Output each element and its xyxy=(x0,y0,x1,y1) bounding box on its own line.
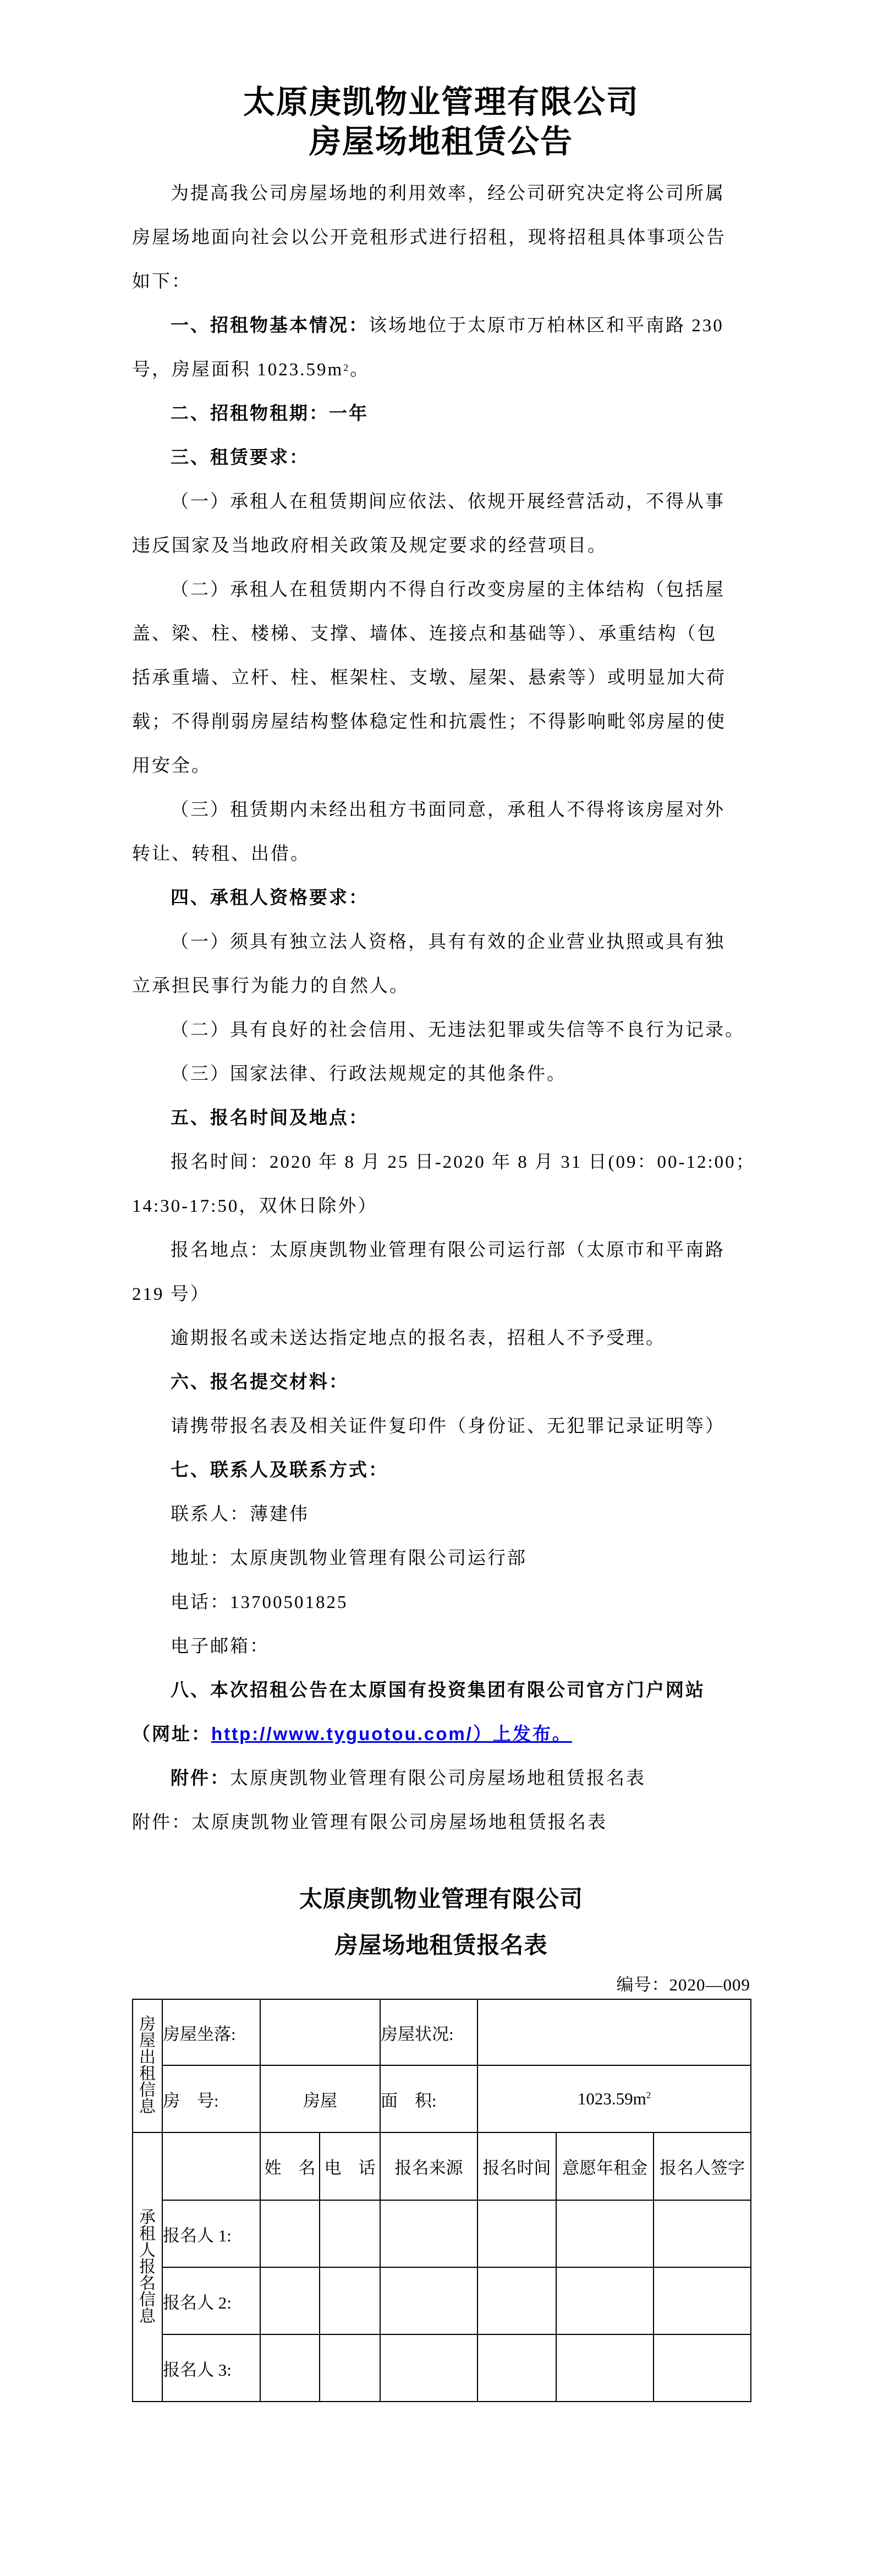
tyguotou-link[interactable]: http://www.tyguotou.com/）上发布。 xyxy=(211,1720,572,1746)
announcement-line: 载；不得削弱房屋结构整体稳定性和抗震性；不得影响毗邻房屋的使 xyxy=(132,698,750,742)
text-segment: 该场地位于太原市万柏林区和平南路 230 xyxy=(369,311,724,337)
announcement-line: 请携带报名表及相关证件复印件（身份证、无犯罪记录证明等） xyxy=(132,1402,750,1446)
announcement-line: 电子邮箱： xyxy=(132,1622,750,1666)
section-label-house-rent-info: 房屋出租信息 xyxy=(133,1999,162,2132)
announcement-body: 为提高我公司房屋场地的利用效率，经公司研究决定将公司所属房屋场地面向社会以公开竞… xyxy=(132,169,750,1842)
cell-empty xyxy=(556,2200,654,2267)
cell-empty xyxy=(380,2334,477,2402)
vertical-label-char: 出 xyxy=(139,2049,156,2066)
text-segment: 六、报名提交材料： xyxy=(171,1368,349,1393)
cell-applicant-3-label: 报名人 3: xyxy=(162,2334,260,2402)
text-segment: 逾期报名或未送达指定地点的报名表，招租人不予受理。 xyxy=(171,1323,666,1349)
announcement-line: 违反国家及当地政府相关政策及规定要求的经营项目。 xyxy=(132,522,750,566)
announcement-line: 转让、转租、出借。 xyxy=(132,830,750,874)
form-title-line2: 房屋场地租赁报名表 xyxy=(132,1923,750,1969)
text-segment: （网址： xyxy=(132,1720,211,1746)
document-content: 太原庚凯物业管理有限公司 房屋场地租赁公告 为提高我公司房屋场地的利用效率，经公… xyxy=(132,83,750,2402)
vertical-label-char: 息 xyxy=(139,2309,156,2325)
text-segment: 二、招租物租期：一年 xyxy=(171,399,369,425)
announcement-line: 五、报名时间及地点： xyxy=(132,1094,750,1138)
cell-empty xyxy=(654,2200,751,2267)
text-segment: 括承重墙、立杆、柱、框架柱、支墩、屋架、悬索等）或明显加大荷 xyxy=(132,663,726,689)
announcement-line: 号，房屋面积 1023.59m2。 xyxy=(132,346,750,390)
text-segment: （二）承租人在租赁期内不得自行改变房屋的主体结构（包括屋 xyxy=(171,575,725,601)
cell-empty xyxy=(380,2200,477,2267)
cell-empty xyxy=(380,2267,477,2334)
area-number: 1023.59m xyxy=(578,2089,646,2108)
col-header-name: 姓 名 xyxy=(260,2132,320,2200)
cell-empty xyxy=(477,2267,556,2334)
text-segment: 电子邮箱： xyxy=(171,1632,270,1658)
announcement-line: 联系人：薄建伟 xyxy=(132,1490,750,1534)
vertical-label-house-rent-info: 房屋出租信息 xyxy=(133,2016,162,2115)
text-segment: 联系人：薄建伟 xyxy=(171,1500,309,1525)
text-segment: 太原庚凯物业管理有限公司房屋场地租赁报名表 xyxy=(230,1764,646,1790)
announcement-line: 14:30-17:50，双休日除外） xyxy=(132,1182,750,1226)
cell-empty xyxy=(320,2334,380,2402)
cell-empty xyxy=(477,2200,556,2267)
announcement-line: 用安全。 xyxy=(132,742,750,786)
text-segment: 219 号） xyxy=(132,1279,210,1305)
announcement-line: （二）承租人在租赁期内不得自行改变房屋的主体结构（包括屋 xyxy=(132,566,750,610)
cell-empty xyxy=(654,2334,751,2402)
cell-house-location-value xyxy=(260,1999,380,2065)
text-segment: 电话：13700501825 xyxy=(171,1588,348,1614)
text-segment: 附件： xyxy=(171,1764,230,1790)
text-segment: （三）租赁期内未经出租方书面同意，承租人不得将该房屋对外 xyxy=(171,795,725,821)
vertical-label-char: 名 xyxy=(139,2276,156,2292)
announcement-line: 附件：太原庚凯物业管理有限公司房屋场地租赁报名表 xyxy=(132,1754,750,1798)
cell-house-condition-value xyxy=(477,1999,751,2065)
announcement-line: 电话：13700501825 xyxy=(132,1578,750,1622)
section-label-applicant-info: 承租人报名信息 xyxy=(133,2132,162,2402)
text-segment: （一）须具有独立法人资格，具有有效的企业营业执照或具有独 xyxy=(171,927,725,953)
text-segment: 报名时间：2020 年 8 月 25 日-2020 年 8 月 31 日(09：… xyxy=(171,1147,756,1173)
text-segment: （三）国家法律、行政法规规定的其他条件。 xyxy=(171,1059,567,1085)
text-segment: 2 xyxy=(343,362,350,374)
announcement-line: （网址：http://www.tyguotou.com/）上发布。 xyxy=(132,1710,750,1754)
text-segment: 七、联系人及联系方式： xyxy=(171,1456,388,1481)
announcement-line: 房屋场地面向社会以公开竞租形式进行招租，现将招租具体事项公告 xyxy=(132,214,750,258)
announcement-line: 为提高我公司房屋场地的利用效率，经公司研究决定将公司所属 xyxy=(132,169,750,214)
text-segment: 请携带报名表及相关证件复印件（身份证、无犯罪记录证明等） xyxy=(171,1412,725,1437)
text-segment: 立承担民事行为能力的自然人。 xyxy=(132,971,409,997)
announcement-line: 盖、梁、柱、楼梯、支撑、墙体、连接点和基础等）、承重结构（包 xyxy=(132,610,750,654)
text-segment: 违反国家及当地政府相关政策及规定要求的经营项目。 xyxy=(132,531,607,557)
announcement-line: （一）承租人在租赁期间应依法、依规开展经营活动，不得从事 xyxy=(132,478,750,522)
announcement-line: 附件：太原庚凯物业管理有限公司房屋场地租赁报名表 xyxy=(132,1798,750,1842)
text-segment: 14:30-17:50，双休日除外） xyxy=(132,1191,377,1217)
announcement-title: 太原庚凯物业管理有限公司 房屋场地租赁公告 xyxy=(132,83,750,162)
announcement-line: 219 号） xyxy=(132,1270,750,1314)
text-segment: 盖、梁、柱、楼梯、支撑、墙体、连接点和基础等）、承重结构（包 xyxy=(132,619,717,645)
application-form-table: 房屋出租信息 房屋坐落: 房屋状况: 房 号: 房屋 面 积: 1023.59m… xyxy=(132,1999,751,2402)
cell-room-number-label: 房 号: xyxy=(162,2065,260,2132)
text-segment: 。 xyxy=(350,355,370,381)
announcement-line: 八、本次招租公告在太原国有投资集团有限公司官方门户网站 xyxy=(132,1666,750,1710)
vertical-label-char: 信 xyxy=(139,2082,156,2099)
text-segment: 四、承租人资格要求： xyxy=(171,883,369,909)
text-segment: 载；不得削弱房屋结构整体稳定性和抗震性；不得影响毗邻房屋的使 xyxy=(132,707,726,733)
announcement-line: （二）具有良好的社会信用、无违法犯罪或失信等不良行为记录。 xyxy=(132,1006,750,1050)
cell-house-location-label: 房屋坐落: xyxy=(162,1999,260,2065)
announcement-title-line2: 房屋场地租赁公告 xyxy=(132,122,750,162)
vertical-label-char: 租 xyxy=(139,2226,156,2243)
vertical-label-char: 信 xyxy=(139,2292,156,2309)
text-segment: 三、租赁要求： xyxy=(171,443,309,469)
announcement-title-line1: 太原庚凯物业管理有限公司 xyxy=(132,83,750,122)
vertical-label-char: 承 xyxy=(139,2209,156,2226)
form-doc-number: 编号：2020—009 xyxy=(132,1976,750,1994)
area-superscript: 2 xyxy=(646,2090,651,2101)
cell-empty xyxy=(556,2267,654,2334)
text-segment: 为提高我公司房屋场地的利用效率，经公司研究决定将公司所属 xyxy=(171,179,725,205)
announcement-line: 逾期报名或未送达指定地点的报名表，招租人不予受理。 xyxy=(132,1314,750,1358)
text-segment: 一、招租物基本情况： xyxy=(171,311,369,337)
col-header-rent: 意愿年租金 xyxy=(556,2132,654,2200)
vertical-label-char: 息 xyxy=(139,2099,156,2115)
cell-empty xyxy=(260,2334,320,2402)
cell-empty xyxy=(556,2334,654,2402)
cell-applicant-2-label: 报名人 2: xyxy=(162,2267,260,2334)
text-segment: 报名地点：太原庚凯物业管理有限公司运行部（太原市和平南路 xyxy=(171,1235,725,1261)
text-segment: 号，房屋面积 1023.59m xyxy=(132,355,343,381)
announcement-line: 括承重墙、立杆、柱、框架柱、支墩、屋架、悬索等）或明显加大荷 xyxy=(132,654,750,698)
form-title: 太原庚凯物业管理有限公司 房屋场地租赁报名表 xyxy=(132,1877,750,1969)
announcement-line: 七、联系人及联系方式： xyxy=(132,1446,750,1490)
announcement-line: 报名时间：2020 年 8 月 25 日-2020 年 8 月 31 日(09：… xyxy=(132,1138,750,1182)
text-segment: 附件：太原庚凯物业管理有限公司房屋场地租赁报名表 xyxy=(132,1808,607,1834)
vertical-label-char: 租 xyxy=(139,2066,156,2082)
vertical-label-char: 人 xyxy=(139,2243,156,2259)
text-segment: 转让、转租、出借。 xyxy=(132,839,310,865)
announcement-line: （一）须具有独立法人资格，具有有效的企业营业执照或具有独 xyxy=(132,918,750,962)
cell-house-condition-label: 房屋状况: xyxy=(380,1999,477,2065)
announcement-line: 三、租赁要求： xyxy=(132,434,750,478)
text-segment: （一）承租人在租赁期间应依法、依规开展经营活动，不得从事 xyxy=(171,487,725,513)
vertical-label-char: 房 xyxy=(139,2016,156,2033)
announcement-line: 二、招租物租期：一年 xyxy=(132,390,750,434)
cell-applicant-1-label: 报名人 1: xyxy=(162,2200,260,2267)
text-segment: 用安全。 xyxy=(132,751,211,777)
announcement-line: 立承担民事行为能力的自然人。 xyxy=(132,962,750,1006)
announcement-line: 六、报名提交材料： xyxy=(132,1358,750,1402)
announcement-line: 四、承租人资格要求： xyxy=(132,874,750,918)
text-segment: 房屋场地面向社会以公开竞租形式进行招租，现将招租具体事项公告 xyxy=(132,223,726,249)
announcement-line: 一、招租物基本情况：该场地位于太原市万柏林区和平南路 230 xyxy=(132,302,750,346)
col-header-time: 报名时间 xyxy=(477,2132,556,2200)
cell-empty xyxy=(654,2267,751,2334)
cell-blank xyxy=(162,2132,260,2200)
text-segment: （二）具有良好的社会信用、无违法犯罪或失信等不良行为记录。 xyxy=(171,1015,745,1041)
cell-empty xyxy=(320,2200,380,2267)
col-header-source: 报名来源 xyxy=(380,2132,477,2200)
cell-area-value: 1023.59m2 xyxy=(477,2065,751,2132)
form-title-line1: 太原庚凯物业管理有限公司 xyxy=(132,1877,750,1923)
cell-empty xyxy=(260,2200,320,2267)
col-header-signature: 报名人签字 xyxy=(654,2132,751,2200)
announcement-line: 地址：太原庚凯物业管理有限公司运行部 xyxy=(132,1534,750,1578)
cell-room-number-value: 房屋 xyxy=(260,2065,380,2132)
cell-empty xyxy=(260,2267,320,2334)
cell-empty xyxy=(320,2267,380,2334)
vertical-label-char: 屋 xyxy=(139,2033,156,2049)
cell-empty xyxy=(477,2334,556,2402)
announcement-line: （三）国家法律、行政法规规定的其他条件。 xyxy=(132,1050,750,1094)
cell-area-label: 面 积: xyxy=(380,2065,477,2132)
text-segment: 五、报名时间及地点： xyxy=(171,1103,369,1129)
col-header-phone: 电 话 xyxy=(320,2132,380,2200)
text-segment: 八、本次招租公告在太原国有投资集团有限公司官方门户网站 xyxy=(171,1676,705,1702)
vertical-label-char: 报 xyxy=(139,2259,156,2276)
text-segment: 如下： xyxy=(132,267,191,293)
text-segment: 地址：太原庚凯物业管理有限公司运行部 xyxy=(171,1544,527,1569)
document-page: 太原庚凯物业管理有限公司 房屋场地租赁公告 为提高我公司房屋场地的利用效率，经公… xyxy=(0,83,873,2402)
announcement-line: 报名地点：太原庚凯物业管理有限公司运行部（太原市和平南路 xyxy=(132,1226,750,1270)
announcement-line: （三）租赁期内未经出租方书面同意，承租人不得将该房屋对外 xyxy=(132,786,750,830)
vertical-label-applicant-info: 承租人报名信息 xyxy=(133,2209,162,2325)
announcement-line: 如下： xyxy=(132,258,750,302)
